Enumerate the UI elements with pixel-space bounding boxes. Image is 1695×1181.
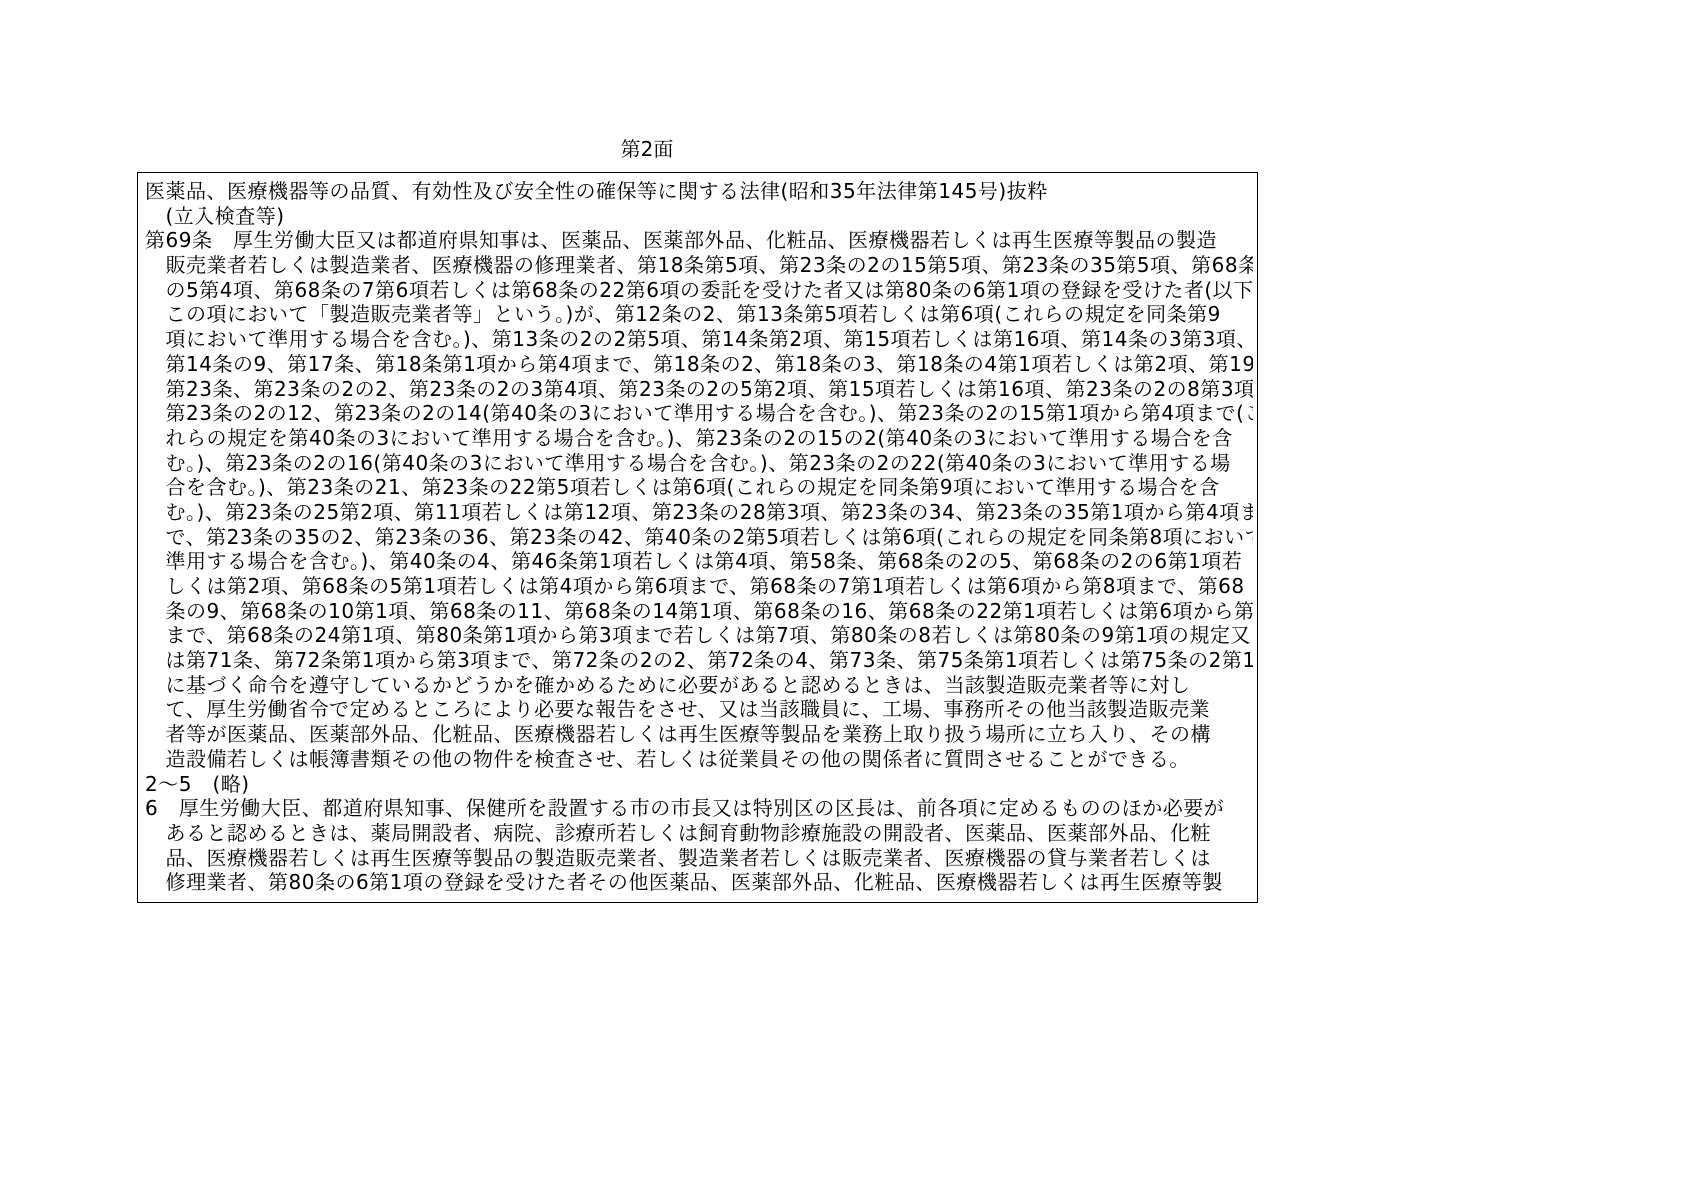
document-line: む。)、第23条の2の16(第40条の3において準用する場合を含む。)、第23条…	[145, 451, 1253, 476]
document-line: この項において「製造販売業者等」という。)が、第12条の2、第13条第5項若しく…	[145, 302, 1253, 327]
document-line: 第23条、第23条の2の2、第23条の2の3第4項、第23条の2の5第2項、第1…	[145, 377, 1253, 402]
document-line: まで、第68条の24第1項、第80条第1項から第3項まで若しくは第7項、第80条…	[145, 623, 1253, 648]
document-line: に基づく命令を遵守しているかどうかを確かめるために必要があると認めるときは、当該…	[145, 673, 1253, 698]
document-box: 医薬品、医療機器等の品質、有効性及び安全性の確保等に関する法律(昭和35年法律第…	[137, 172, 1258, 903]
document-page: 第2面 医薬品、医療機器等の品質、有効性及び安全性の確保等に関する法律(昭和35…	[0, 0, 1695, 1181]
document-line: れらの規定を第40条の3において準用する場合を含む。)、第23条の2の15の2(…	[145, 426, 1253, 451]
document-line: あると認めるときは、薬局開設者、病院、診療所若しくは飼育動物診療施設の開設者、医…	[145, 821, 1253, 846]
document-line: む。)、第23条の25第2項、第11項若しくは第12項、第23条の28第3項、第…	[145, 500, 1253, 525]
document-line: て、厚生労働省令で定めるところにより必要な報告をさせ、又は当該職員に、工場、事務…	[145, 697, 1253, 722]
document-line: 準用する場合を含む。)、第40条の4、第46条第1項若しくは第4項、第58条、第…	[145, 549, 1253, 574]
document-line: 合を含む。)、第23条の21、第23条の22第5項若しくは第6項(これらの規定を…	[145, 475, 1253, 500]
document-line: は第71条、第72条第1項から第3項まで、第72条の2の2、第72条の4、第73…	[145, 648, 1253, 673]
page-title: 第2面	[137, 136, 1157, 162]
document-line: 第69条 厚生労働大臣又は都道府県知事は、医薬品、医薬部外品、化粧品、医療機器若…	[145, 228, 1253, 253]
document-line: 修理業者、第80条の6第1項の登録を受けた者その他医薬品、医薬部外品、化粧品、医…	[145, 870, 1253, 895]
document-line: 医薬品、医療機器等の品質、有効性及び安全性の確保等に関する法律(昭和35年法律第…	[145, 179, 1253, 204]
document-line: 6 厚生労働大臣、都道府県知事、保健所を設置する市の市長又は特別区の区長は、前各…	[145, 796, 1253, 821]
document-line: 販売業者若しくは製造業者、医療機器の修理業者、第18条第5項、第23条の2の15…	[145, 253, 1253, 278]
document-line: 第23条の2の12、第23条の2の14(第40条の3において準用する場合を含む。…	[145, 401, 1253, 426]
document-line: で、第23条の35の2、第23条の36、第23条の42、第40条の2第5項若しく…	[145, 525, 1253, 550]
document-line: 品、医療機器若しくは再生医療等製品の製造販売業者、製造業者若しくは販売業者、医療…	[145, 846, 1253, 871]
document-line: しくは第2項、第68条の5第1項若しくは第4項から第6項まで、第68条の7第1項…	[145, 574, 1253, 599]
document-line: 条の9、第68条の10第1項、第68条の11、第68条の14第1項、第68条の1…	[145, 599, 1253, 624]
document-line: (立入検査等)	[145, 204, 1253, 229]
document-line: 2〜5 (略)	[145, 772, 1253, 797]
document-line: の5第4項、第68条の7第6項若しくは第68条の22第6項の委託を受けた者又は第…	[145, 278, 1253, 303]
document-line: 項において準用する場合を含む。)、第13条の2の2第5項、第14条第2項、第15…	[145, 327, 1253, 352]
document-line: 第14条の9、第17条、第18条第1項から第4項まで、第18条の2、第18条の3…	[145, 352, 1253, 377]
document-line: 者等が医薬品、医薬部外品、化粧品、医療機器若しくは再生医療等製品を業務上取り扱う…	[145, 722, 1253, 747]
document-line: 造設備若しくは帳簿書類その他の物件を検査させ、若しくは従業員その他の関係者に質問…	[145, 747, 1253, 772]
